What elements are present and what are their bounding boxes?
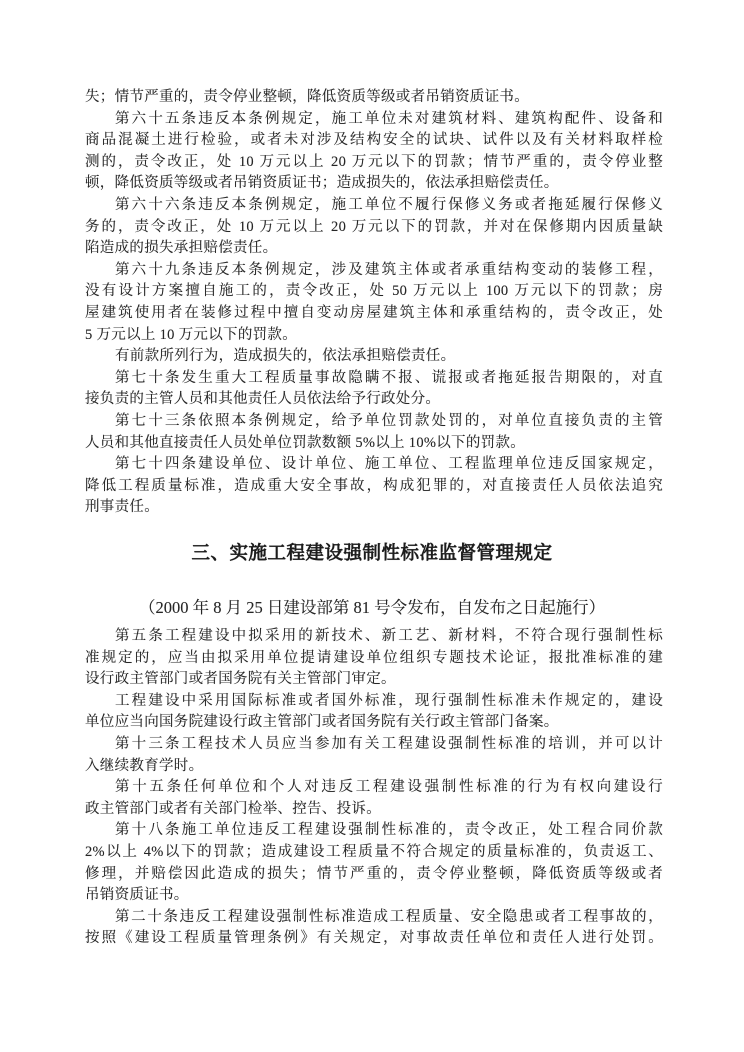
text-line: 工程建设中采用国际标准或者国外标准，现行强制性标准未作规定的，建设	[85, 691, 663, 713]
text-line: 修理，并赔偿因此造成的损失；情节严重的，责令停业整顿，降低资质等级或者	[85, 864, 663, 886]
text-line: 刑事责任。	[85, 497, 663, 519]
penalty-provisions-text: 失；情节严重的，责令停业整顿，降低资质等级或者吊销资质证书。第六十五条违反本条例…	[85, 87, 663, 519]
text-line: 商品混凝土进行检验，或者未对涉及结构安全的试块、试件以及有关材料取样检	[85, 130, 663, 152]
text-line: 第十三条工程技术人员应当参加有关工程建设强制性标准的培训，并可以计	[85, 734, 663, 756]
text-line: 人员和其他直接责任人员处单位罚款数额 5%以上 10%以下的罚款。	[85, 433, 663, 455]
text-line: 第六十九条违反本条例规定，涉及建筑主体或者承重结构变动的装修工程，	[85, 260, 663, 282]
text-line: 陷造成的损失承担赔偿责任。	[85, 238, 663, 260]
text-line: 2%以上 4%以下的罚款；造成建设工程质量不符合规定的质量标准的，负责返工、	[85, 842, 663, 864]
text-line: 第六十六条违反本条例规定，施工单位不履行保修义务或者拖延履行保修义	[85, 195, 663, 217]
text-line: 单位应当向国务院建设行政主管部门或者国务院有关行政主管部门备案。	[85, 712, 663, 734]
text-line: 顿，降低资质等级或者吊销资质证书；造成损失的，依法承担赔偿责任。	[85, 173, 663, 195]
text-line: 吊销资质证书。	[85, 885, 663, 907]
text-line: 失；情节严重的，责令停业整顿，降低资质等级或者吊销资质证书。	[85, 87, 663, 109]
scanned-document-page: 失；情节严重的，责令停业整顿，降低资质等级或者吊销资质证书。第六十五条违反本条例…	[0, 0, 744, 1052]
text-line: 第六十五条违反本条例规定，施工单位未对建筑材料、建筑构配件、设备和	[85, 109, 663, 131]
text-line: 接负责的主管人员和其他责任人员依法给予行政处分。	[85, 389, 663, 411]
text-line: 第七十四条建设单位、设计单位、施工单位、工程监理单位违反国家规定，	[85, 454, 663, 476]
text-line: 屋建筑使用者在装修过程中擅自变动房屋建筑主体和承重结构的，责令改正，处	[85, 303, 663, 325]
section-heading: 三、实施工程建设强制性标准监督管理规定	[0, 541, 744, 567]
text-line: 没有设计方案擅自施工的，责令改正，处 50 万元以上 100 万元以下的罚款；房	[85, 281, 663, 303]
text-line: 入继续教育学时。	[85, 756, 663, 778]
text-line: 第十八条施工单位违反工程建设强制性标准的，责令改正，处工程合同价款	[85, 820, 663, 842]
text-line: 设行政主管部门或者国务院有关主管部门审定。	[85, 669, 663, 691]
text-line: 准规定的，应当由拟采用单位提请建设单位组织专题技术论证，报批准标准的建	[85, 648, 663, 670]
text-line: 第五条工程建设中拟采用的新技术、新工艺、新材料，不符合现行强制性标	[85, 626, 663, 648]
text-line: 第七十条发生重大工程质量事故隐瞒不报、谎报或者拖延报告期限的，对直	[85, 368, 663, 390]
text-line: 第七十三条依照本条例规定，给予单位罚款处罚的，对单位直接负责的主管	[85, 411, 663, 433]
text-line: 降低工程质量标准，造成重大安全事故，构成犯罪的，对直接责任人员依法追究	[85, 476, 663, 498]
decree-issuance-line: （2000 年 8 月 25 日建设部第 81 号令发布，自发布之日起施行）	[0, 594, 744, 622]
text-line: 按照《建设工程质量管理条例》有关规定，对事故责任单位和责任人进行处罚。	[85, 928, 663, 950]
text-line: 第二十条违反工程建设强制性标准造成工程质量、安全隐患或者工程事故的，	[85, 907, 663, 929]
standards-provisions-text: 第五条工程建设中拟采用的新技术、新工艺、新材料，不符合现行强制性标准规定的，应当…	[85, 626, 663, 950]
text-line: 政主管部门或者有关部门检举、控告、投诉。	[85, 799, 663, 821]
text-line: 5 万元以上 10 万元以下的罚款。	[85, 325, 663, 347]
text-line: 第十五条任何单位和个人对违反工程建设强制性标准的行为有权向建设行	[85, 777, 663, 799]
text-line: 测的，责令改正，处 10 万元以上 20 万元以下的罚款；情节严重的，责令停业整	[85, 152, 663, 174]
text-line: 务的，责令改正，处 10 万元以上 20 万元以下的罚款，并对在保修期内因质量缺	[85, 217, 663, 239]
text-line: 有前款所列行为，造成损失的，依法承担赔偿责任。	[85, 346, 663, 368]
